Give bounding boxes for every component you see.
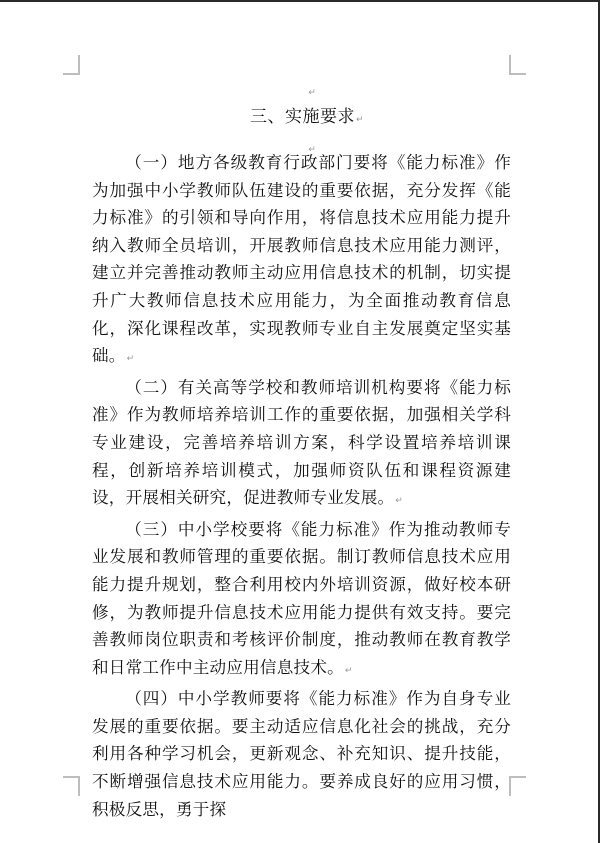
document-body[interactable]: （一）地方各级教育行政部门要将《能力标准》作为加强中小学教师队伍建设的重要依据，… [92, 149, 511, 823]
crop-mark-bottom-right [509, 776, 526, 796]
paragraph-mark-icon: ↵ [308, 88, 316, 98]
body-paragraph-1[interactable]: （一）地方各级教育行政部门要将《能力标准》作为加强中小学教师队伍建设的重要依据，… [92, 149, 511, 374]
empty-paragraph[interactable]: ↵ [0, 83, 600, 97]
paragraph-text: （一）地方各级教育行政部门要将《能力标准》作为加强中小学教师队伍建设的重要依据，… [92, 153, 511, 365]
paragraph-text: （二）有关高等学校和教师培训机构要将《能力标准》作为教师培养培训工作的重要依据，… [92, 378, 511, 507]
body-paragraph-3[interactable]: （三）中小学校要将《能力标准》作为推动教师专业发展和教师管理的重要依据。制订教师… [92, 516, 511, 686]
paragraph-mark-icon: ↵ [356, 115, 364, 125]
crop-mark-top-left [63, 55, 80, 75]
paragraph-text: （三）中小学校要将《能力标准》作为推动教师专业发展和教师管理的重要依据。制订教师… [92, 520, 511, 677]
paragraph-mark-icon: ↵ [395, 496, 403, 506]
body-paragraph-4[interactable]: （四）中小学教师要将《能力标准》作为自身专业发展的重要依据。要主动适应信息化社会… [92, 685, 511, 823]
paragraph-mark-icon: ↵ [345, 666, 353, 676]
crop-mark-bottom-left [63, 776, 80, 796]
body-paragraph-2[interactable]: （二）有关高等学校和教师培训机构要将《能力标准》作为教师培养培训工作的重要依据，… [92, 374, 511, 516]
section-heading[interactable]: 三、实施要求↵ [0, 106, 600, 131]
section-title: 三、实施要求 [236, 107, 355, 127]
paragraph-text: （四）中小学教师要将《能力标准》作为自身专业发展的重要依据。要主动适应信息化社会… [92, 689, 511, 818]
crop-mark-top-right [509, 55, 526, 75]
paragraph-mark-icon: ↵ [127, 354, 135, 364]
